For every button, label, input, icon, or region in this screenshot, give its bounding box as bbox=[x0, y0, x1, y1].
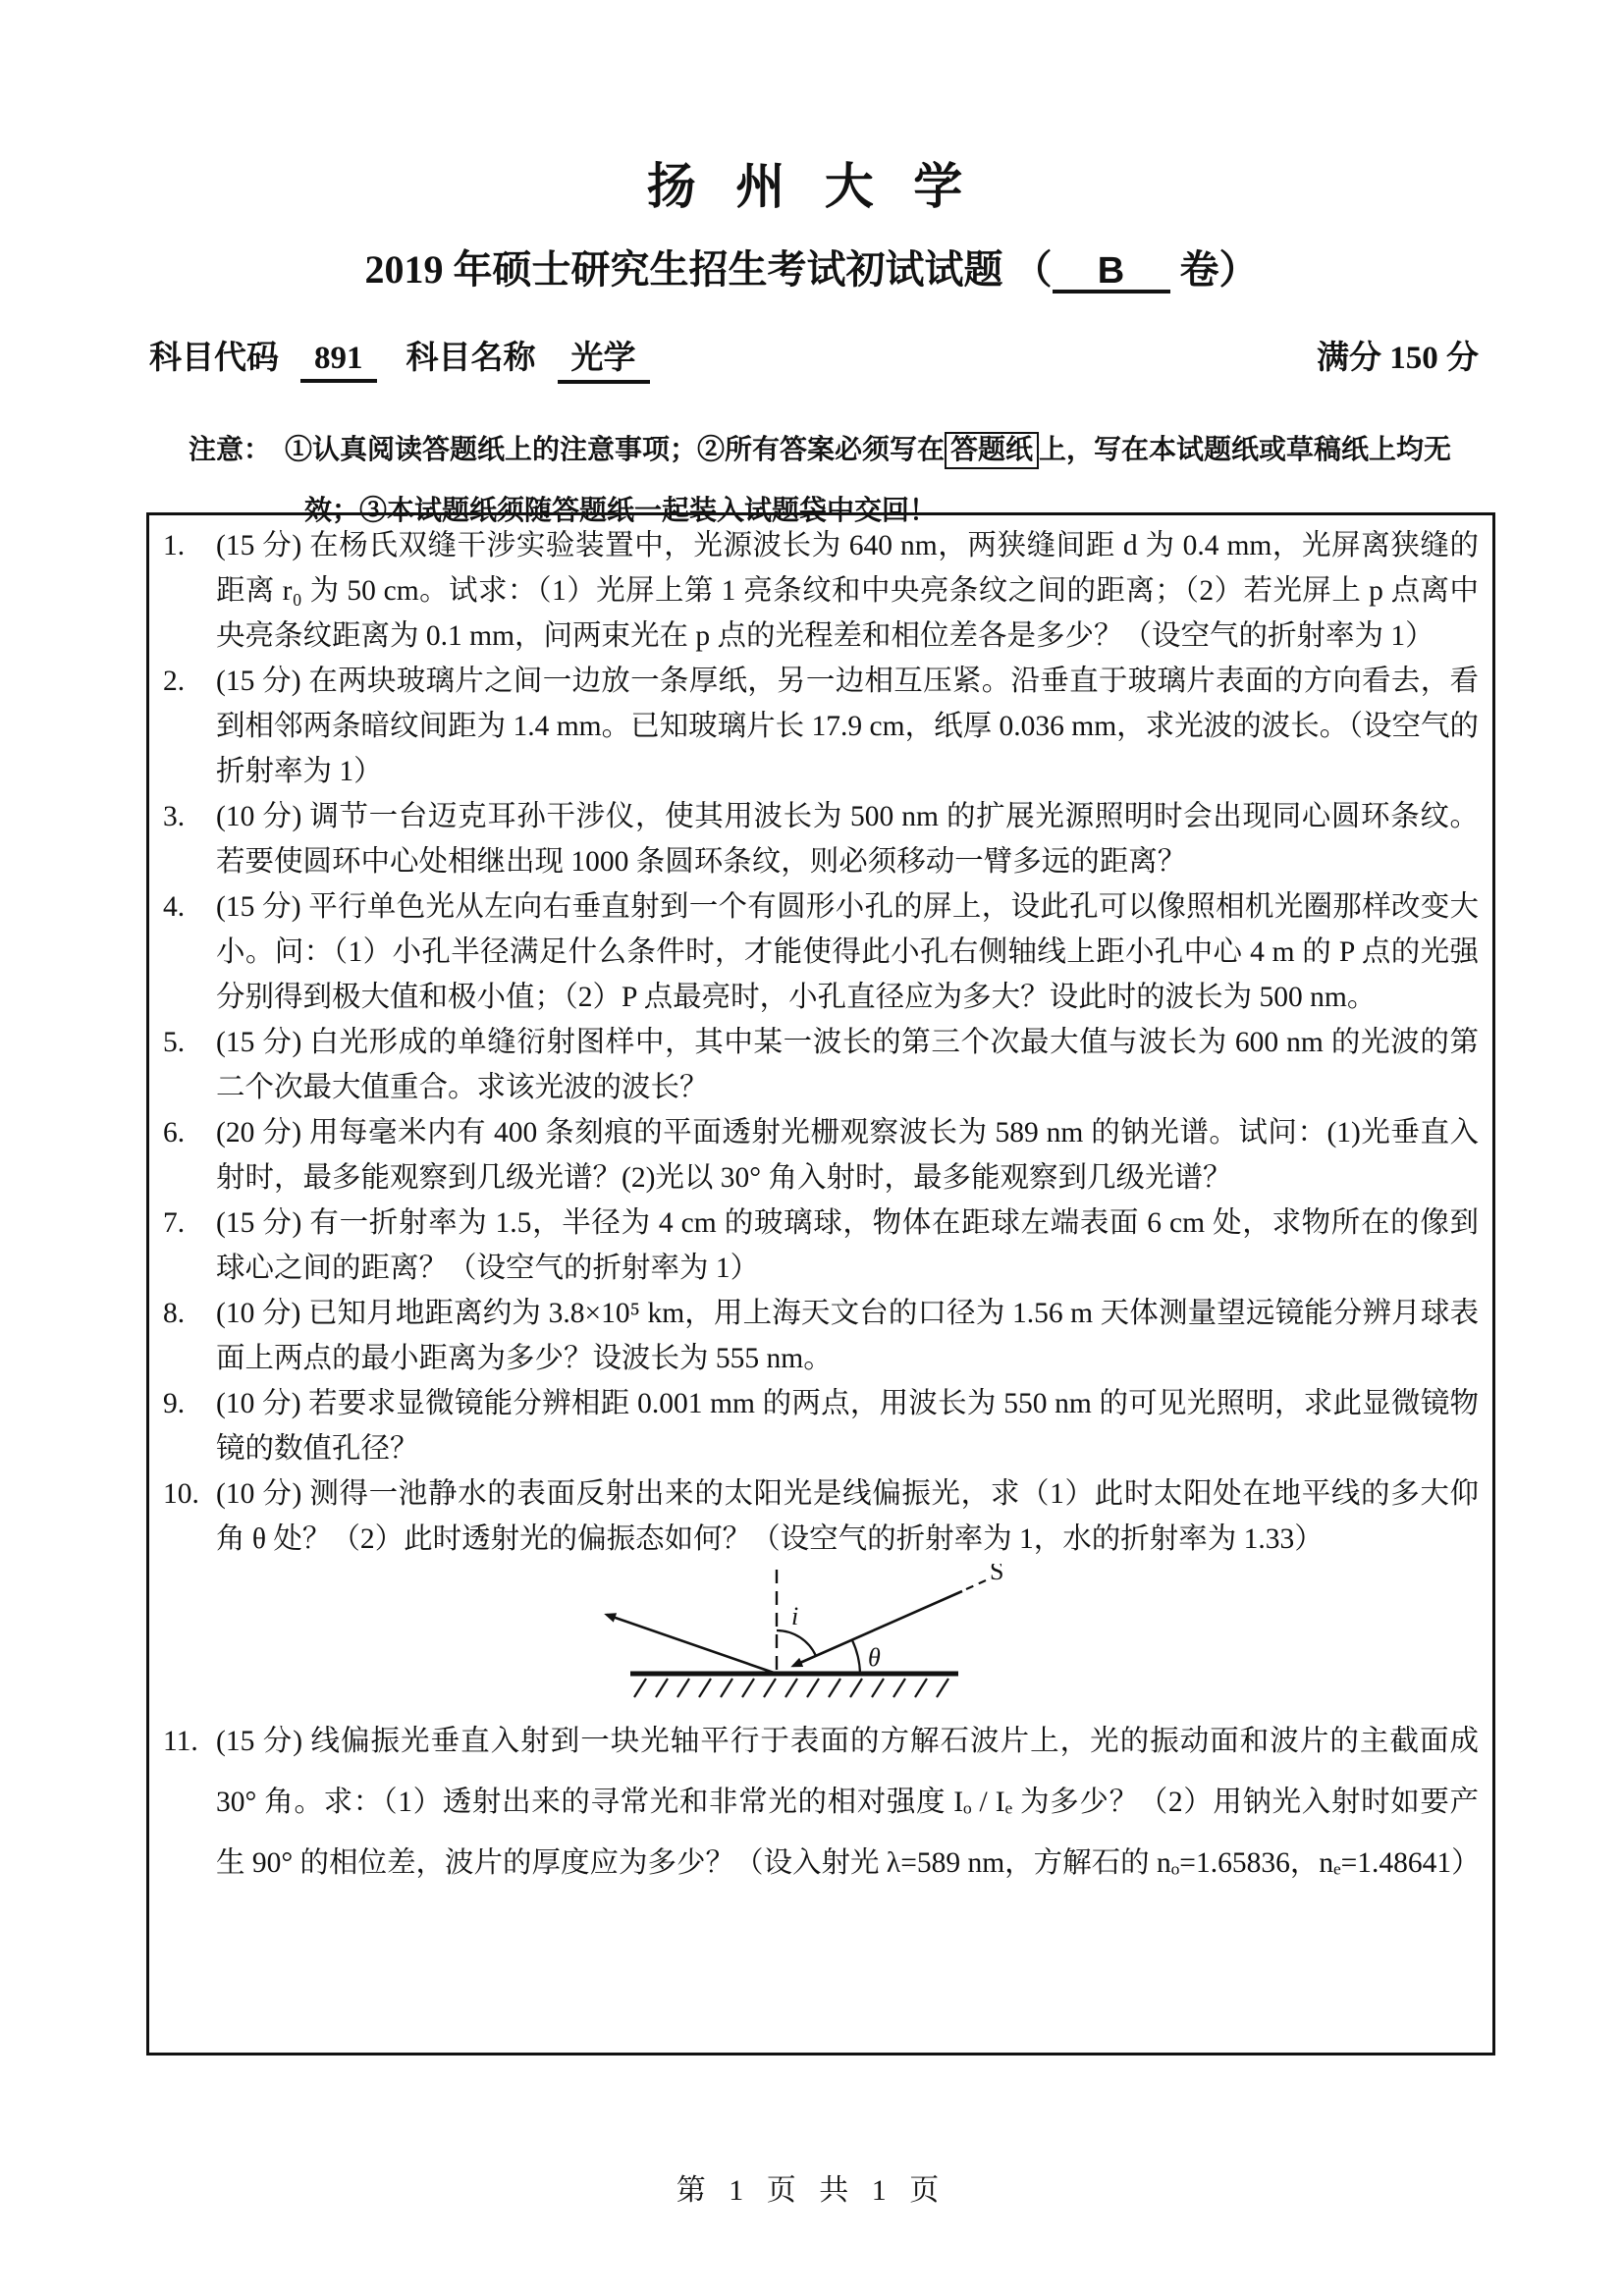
problem-3-number: 3. bbox=[163, 794, 214, 839]
problem-6-text: (20 分) 用每毫米内有 400 条刻痕的平面透射光栅观察波长为 589 nm… bbox=[216, 1117, 1479, 1194]
problem-11-text: (15 分) 线偏振光垂直入射到一块光轴平行于表面的方解石波片上，光的振动面和波… bbox=[216, 1726, 1481, 1879]
paper-version-letter: B bbox=[1053, 252, 1170, 294]
subject-code-label: 科目代码 bbox=[149, 341, 279, 376]
problem-2: 2.(15 分) 在两块玻璃片之间一边放一条厚纸，另一边相互压紧。沿垂直于玻璃片… bbox=[159, 659, 1479, 794]
subject-name-value: 光学 bbox=[558, 332, 650, 384]
subtitle-prefix: 2019 年硕士研究生招生考试初试试题 （ bbox=[365, 247, 1053, 292]
problem-9-text: (10 分) 若要求显微镜能分辨相距 0.001 mm 的两点，用波长为 550… bbox=[216, 1388, 1479, 1465]
incidence-angle-label: i bbox=[791, 1602, 798, 1630]
problem-4-number: 4. bbox=[163, 884, 214, 930]
problem-4: 4.(15 分) 平行单色光从左向右垂直射到一个有圆形小孔的屏上，设此孔可以像照… bbox=[159, 884, 1479, 1020]
problem-2-text: (15 分) 在两块玻璃片之间一边放一条厚纸，另一边相互压紧。沿垂直于玻璃片表面… bbox=[216, 666, 1479, 787]
problem-8: 8.(10 分) 已知月地距离约为 3.8×10⁵ km，用上海天文台的口径为 … bbox=[159, 1291, 1479, 1381]
problem-8-text: (10 分) 已知月地距离约为 3.8×10⁵ km，用上海天文台的口径为 1.… bbox=[216, 1298, 1479, 1374]
subject-code-value: 891 bbox=[300, 341, 377, 383]
problem-4-text: (15 分) 平行单色光从左向右垂直射到一个有圆形小孔的屏上，设此孔可以像照相机… bbox=[216, 891, 1479, 1013]
problem-5: 5.(15 分) 白光形成的单缝衍射图样中，其中某一波长的第三个次最大值与波长为… bbox=[159, 1020, 1479, 1110]
problem-9: 9.(10 分) 若要求显微镜能分辨相距 0.001 mm 的两点，用波长为 5… bbox=[159, 1381, 1479, 1471]
reflection-diagram-svg: i θ S bbox=[573, 1564, 1035, 1707]
problem-5-number: 5. bbox=[163, 1020, 214, 1065]
problem-7: 7.(15 分) 有一折射率为 1.5，半径为 4 cm 的玻璃球，物体在距球左… bbox=[159, 1201, 1479, 1291]
problem-8-number: 8. bbox=[163, 1291, 214, 1336]
problem-10: 10.(10 分) 测得一池静水的表面反射出来的太阳光是线偏振光，求（1）此时太… bbox=[159, 1471, 1479, 1562]
problem-10-number: 10. bbox=[163, 1471, 214, 1517]
reflected-ray bbox=[607, 1615, 777, 1674]
elevation-angle-arc bbox=[852, 1640, 860, 1674]
problem-6: 6.(20 分) 用每毫米内有 400 条刻痕的平面透射光栅观察波长为 589 … bbox=[159, 1110, 1479, 1201]
answer-sheet-boxed-term: 答题纸 bbox=[945, 432, 1039, 469]
problem-6-number: 6. bbox=[163, 1110, 214, 1155]
problem-11-number: 11. bbox=[163, 1711, 214, 1772]
problem-10-text: (10 分) 测得一池静水的表面反射出来的太阳光是线偏振光，求（1）此时太阳处在… bbox=[216, 1478, 1479, 1555]
problem-1: 1.(15 分) 在杨氏双缝干涉实验装置中，光源波长为 640 nm，两狭缝间距… bbox=[159, 523, 1479, 659]
question-box: 1.(15 分) 在杨氏双缝干涉实验装置中，光源波长为 640 nm，两狭缝间距… bbox=[146, 512, 1495, 2056]
page-footer: 第 1 页 共 1 页 bbox=[0, 2165, 1623, 2209]
problem-2-number: 2. bbox=[163, 659, 214, 704]
paper-subtitle: 2019 年硕士研究生招生考试初试试题 （B 卷） bbox=[0, 239, 1623, 294]
problem-7-number: 7. bbox=[163, 1201, 214, 1246]
notice-label: 注意： bbox=[189, 435, 271, 465]
elevation-angle-label: θ bbox=[868, 1643, 881, 1672]
incident-ray-dash bbox=[966, 1580, 986, 1589]
incidence-angle-arc bbox=[777, 1630, 816, 1656]
problem-9-number: 9. bbox=[163, 1381, 214, 1426]
exam-paper-page: 扬 州 大 学 2019 年硕士研究生招生考试初试试题 （B 卷） 科目代码89… bbox=[0, 0, 1623, 2296]
light-source-label: S bbox=[990, 1564, 1003, 1585]
problem-7-text: (15 分) 有一折射率为 1.5，半径为 4 cm 的玻璃球，物体在距球左端表… bbox=[216, 1207, 1479, 1284]
total-score: 满分 150 分 bbox=[1317, 332, 1479, 378]
subject-meta-row: 科目代码891科目名称光学 满分 150 分 bbox=[149, 332, 1496, 384]
surface-hatching bbox=[634, 1679, 948, 1697]
problem-3: 3.(10 分) 调节一台迈克耳孙干涉仪，使其用波长为 500 nm 的扩展光源… bbox=[159, 794, 1479, 884]
problem-1-text: (15 分) 在杨氏双缝干涉实验装置中，光源波长为 640 nm，两狭缝间距 d… bbox=[216, 530, 1479, 652]
problem-1-number: 1. bbox=[163, 523, 214, 568]
subject-name-label: 科目名称 bbox=[406, 341, 536, 376]
subtitle-suffix: 卷） bbox=[1180, 247, 1259, 292]
problem-3-text: (10 分) 调节一台迈克耳孙干涉仪，使其用波长为 500 nm 的扩展光源照明… bbox=[216, 801, 1479, 878]
problem-5-text: (15 分) 白光形成的单缝衍射图样中，其中某一波长的第三个次最大值与波长为 6… bbox=[216, 1027, 1479, 1103]
university-title: 扬 州 大 学 bbox=[0, 147, 1623, 218]
problem-11: 11.(15 分) 线偏振光垂直入射到一块光轴平行于表面的方解石波片上，光的振动… bbox=[159, 1711, 1479, 1894]
reflection-diagram: i θ S bbox=[159, 1564, 1479, 1707]
notice-text-1: ①认真阅读答题纸上的注意事项；②所有答案必须写在 bbox=[285, 435, 945, 465]
